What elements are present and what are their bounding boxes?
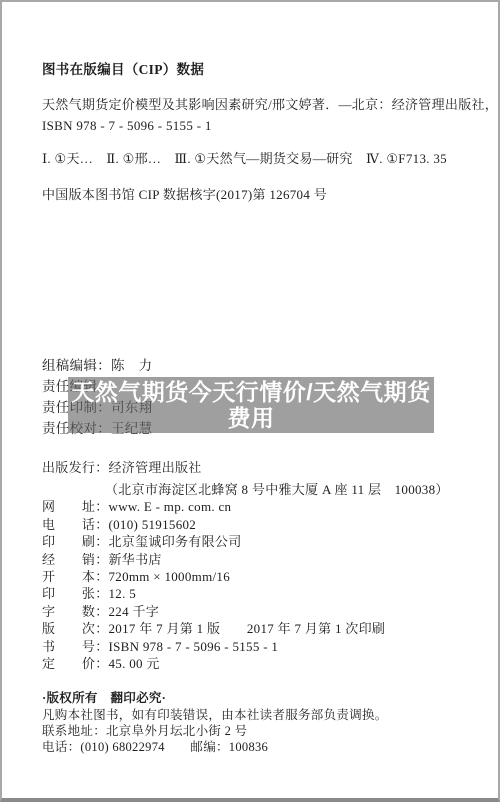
website-line: 网 址：www. E - mp. com. cn	[42, 499, 231, 514]
edition-line: 版 次：2017 年 7 月第 1 版 2017 年 7 月第 1 次印刷	[42, 621, 385, 636]
editor-line-commissioning: 组稿编辑：陈 力	[42, 358, 152, 373]
publisher-address-line: （北京市海淀区北蜂窝 8 号中雅大厦 A 座 11 层 100038）	[105, 482, 449, 497]
phone-line: 电 话：(010) 51915602	[42, 517, 196, 532]
watermark-caption-banner: 天然气期货今天行情价/天然气期货 费用	[68, 377, 434, 433]
price-line: 定 价：45. 00 元	[42, 656, 160, 671]
book-number-line: 书 号：ISBN 978 - 7 - 5096 - 5155 - 1	[42, 639, 278, 654]
word-count-line: 字 数：224 千字	[42, 604, 159, 619]
watermark-caption-line2: 费用	[228, 405, 275, 431]
cip-record-number: 中国版本图书馆 CIP 数据核字(2017)第 126704 号	[42, 187, 327, 202]
watermark-caption-line1: 天然气期货今天行情价/天然气期货	[71, 379, 430, 405]
printer-line: 印 刷：北京玺诚印务有限公司	[42, 534, 242, 549]
notice-exchange-line: 凡购本社图书，如有印装错误，由本社读者服务部负责调换。	[42, 708, 388, 723]
cip-classification: Ⅰ. ①天… Ⅱ. ①邢… Ⅲ. ①天然气—期货交易—研究 Ⅳ. ①F713. …	[42, 151, 447, 166]
sheets-line: 印 张：12. 5	[42, 586, 136, 601]
notice-phone-postcode-line: 电话：(010) 68022974 邮编：100836	[42, 740, 268, 755]
publisher-line: 出版发行：经济管理出版社	[42, 460, 202, 475]
cip-description: 天然气期货定价模型及其影响因素研究/邢文婷著．—北京：经济管理出版社，2017.…	[42, 97, 500, 112]
copyright-notice-title: ·版权所有 翻印必究·	[42, 691, 166, 706]
book-copyright-page: 图书在版编目（CIP）数据 天然气期货定价模型及其影响因素研究/邢文婷著．—北京…	[0, 0, 500, 802]
distributor-line: 经 销：新华书店	[42, 552, 162, 567]
format-line: 开 本：720mm × 1000mm/16	[42, 569, 230, 584]
notice-contact-address-line: 联系地址：北京阜外月坛北小街 2 号	[42, 724, 247, 739]
cip-isbn: ISBN 978 - 7 - 5096 - 5155 - 1	[42, 118, 212, 133]
cip-header: 图书在版编目（CIP）数据	[42, 62, 204, 77]
